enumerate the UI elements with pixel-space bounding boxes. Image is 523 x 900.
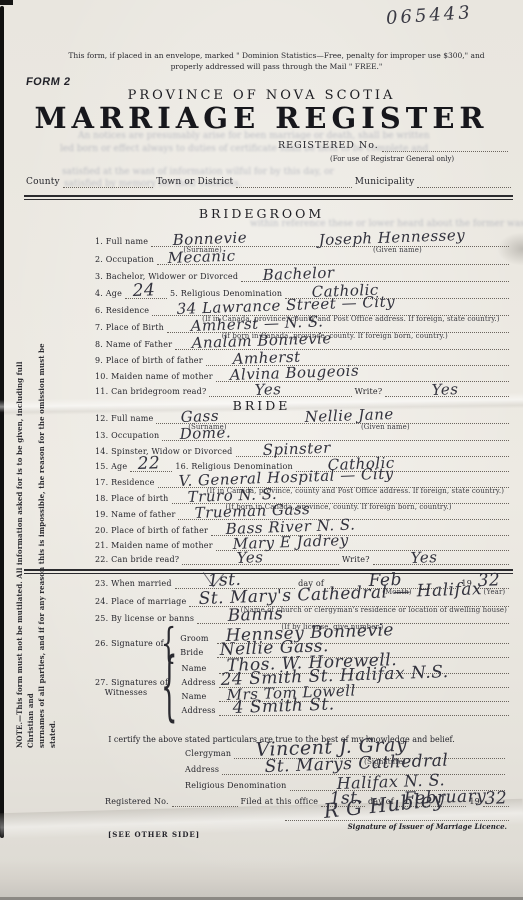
- serial-number-handwritten: 065443: [385, 2, 473, 29]
- write-label: Write?: [342, 555, 370, 565]
- name-label: Name: [182, 692, 216, 702]
- section-rule-top: [24, 195, 513, 200]
- field-label: 20. Place of birth of father: [95, 526, 208, 536]
- address-label: Address: [185, 765, 219, 775]
- field-line: Dome.: [162, 430, 509, 441]
- see-other-side: [SEE OTHER SIDE]: [108, 830, 200, 839]
- field-label: 4. Age: [95, 289, 122, 299]
- read-line: Yes: [209, 386, 351, 397]
- registered-no-row: REGISTERED No.: [278, 140, 508, 152]
- field-label: 25. By license or banns: [95, 614, 194, 624]
- handwritten-value: Yes: [237, 548, 264, 567]
- issuer-signature-row: R G Hubley: [285, 810, 509, 821]
- handwritten-value: Yes: [432, 380, 459, 399]
- field-line: Analam Bonnevie: [175, 339, 509, 350]
- signature-of-label: 26. Signature of: [95, 639, 157, 649]
- field-bg-occupation: 2. Occupation Mecanic: [95, 254, 509, 265]
- field-label: 7. Place of Birth: [95, 323, 164, 333]
- field-label: 18. Place of birth: [95, 494, 169, 504]
- registered-no-label: REGISTERED No.: [278, 140, 379, 152]
- mail-instruction-line2: properly addressed will pass through the…: [55, 61, 498, 72]
- write-line: Yes: [385, 386, 509, 397]
- field-label: 8. Name of Father: [95, 340, 172, 350]
- field-label: 12. Full name: [95, 414, 153, 424]
- mail-instruction-line1: This form, if placed in an envelope, mar…: [55, 50, 498, 61]
- bleedthrough-line: satisfied at the want of information wil…: [62, 167, 334, 177]
- field-br-read-write: 22. Can bride read? Yes Write? Yes: [95, 554, 509, 565]
- field-label: 21. Maiden name of mother: [95, 541, 213, 551]
- field-label: 3. Bachelor, Widower or Divorced: [95, 272, 238, 282]
- field-line: Bonnevie Joseph Hennessey (Surname) (Giv…: [151, 236, 509, 247]
- county-line: [63, 177, 153, 188]
- county-label: County: [26, 177, 60, 188]
- scan-bottom-band: [0, 860, 523, 900]
- registered-no-sublabel: (For use of Registrar General only): [330, 155, 454, 163]
- filed-row: Registered No. Filed at this office 1st.…: [105, 796, 509, 807]
- scan-corner-mark: [0, 0, 13, 5]
- witness2-address-row: Address 4 Smith St.: [182, 702, 509, 716]
- field-label: 6. Residence: [95, 306, 149, 316]
- form-number: FORM 2: [25, 76, 71, 88]
- field-label: 14. Spinster, Widow or Divorced: [95, 447, 233, 457]
- municipality-line: [417, 177, 511, 188]
- handwritten-value: Yes: [254, 380, 281, 399]
- field-br-mother: 21. Maiden name of mother Mary E Jadrey: [95, 540, 509, 551]
- field-label: 19. Name of father: [95, 510, 175, 520]
- clergyman-label: Clergyman: [185, 749, 231, 759]
- age-line: 22: [130, 461, 172, 472]
- witnesses-label: 27. Signatures of Witnesses: [95, 678, 157, 699]
- side-note-line1: NOTE.—This form must not be mutilated. A…: [14, 328, 36, 748]
- registered-no-bottom-line: [172, 796, 238, 807]
- bride-label: Bride: [180, 648, 214, 658]
- issuer-signature-line: R G Hubley: [285, 810, 509, 821]
- field-label: 24. Place of marriage: [95, 597, 186, 607]
- handwritten-value: 22: [137, 453, 160, 474]
- filed-year: 32: [484, 788, 507, 809]
- handwritten-value: Mecanic: [167, 247, 236, 267]
- side-note: NOTE.—This form must not be mutilated. A…: [14, 328, 58, 748]
- address-label: Address: [182, 706, 216, 716]
- field-label: 11. Can bridegroom read?: [95, 387, 206, 397]
- field-label: 9. Place of birth of father: [95, 356, 203, 366]
- field-bg-fullname: 1. Full name Bonnevie Joseph Hennessey (…: [95, 236, 509, 247]
- field-br-residence: 17. Residence V. General Hospital — City…: [95, 477, 509, 488]
- registered-no-line: [382, 141, 508, 152]
- address-label: Address: [182, 678, 216, 688]
- field-place-of-marriage: 24. Place of marriage St. Mary's Cathedr…: [95, 596, 509, 607]
- document-title: MARRIAGE REGISTER: [0, 101, 523, 135]
- witnesses-label-line2: Witnesses: [105, 688, 148, 697]
- marriage-register-document: An notices are presumably arise for been…: [0, 0, 523, 900]
- field-label: 13. Occupation: [95, 431, 159, 441]
- field-label: 10. Maiden name of mother: [95, 372, 213, 382]
- municipality-label: Municipality: [355, 177, 415, 188]
- mail-instruction: This form, if placed in an envelope, mar…: [55, 50, 498, 72]
- field-label: 23. When married: [95, 579, 172, 589]
- field-bg-father: 8. Name of Father Analam Bonnevie: [95, 339, 509, 350]
- section-rule-mid: [24, 569, 513, 574]
- field-label: 17. Residence: [95, 478, 155, 488]
- town-line: [236, 177, 351, 188]
- field-label: 22. Can bride read?: [95, 555, 179, 565]
- age-line: 24: [125, 288, 167, 299]
- field-bg-read-write: 11. Can bridegroom read? Yes Write? Yes: [95, 386, 509, 397]
- field-br-fullname: 12. Full name Gass Nellie Jane (Surname)…: [95, 413, 509, 424]
- groom-label: Groom: [180, 634, 214, 644]
- bride-heading: BRIDE: [0, 398, 523, 413]
- brace-glyph: {: [161, 645, 178, 732]
- witness2-address-line: 4 Smith St.: [219, 705, 509, 716]
- witness2-name-row: Name Mrs Tom Lowell: [182, 688, 509, 702]
- handwritten-value: 24: [132, 280, 155, 301]
- side-note-line2: surnames of all parties, and if for any …: [36, 328, 58, 748]
- witness-signature-group: 27. Signatures of Witnesses { Name Thos.…: [95, 660, 509, 716]
- field-line: 34 Lawrance Street — City (If in Canada,…: [152, 305, 509, 316]
- write-line: Yes: [373, 554, 509, 565]
- field-label: 2. Occupation: [95, 255, 154, 265]
- handwritten-value: Yes: [410, 548, 437, 567]
- handwritten-value: Bachelor: [262, 264, 334, 284]
- field-line: Gass Nellie Jane (Surname) (Given name): [156, 413, 509, 424]
- handwritten-value: Dome.: [179, 423, 231, 443]
- field-label: 1. Full name: [95, 237, 148, 247]
- field-label: 15. Age: [95, 462, 127, 472]
- read-line: Yes: [182, 554, 339, 565]
- write-label: Write?: [355, 387, 383, 397]
- locality-row: County Town or District Municipality: [26, 177, 511, 188]
- year-sublabel: (Year): [484, 588, 506, 596]
- witnesses-label-line1: 27. Signatures of: [95, 678, 168, 687]
- handwritten-value: Spinster: [262, 439, 331, 459]
- town-label: Town or District: [156, 177, 233, 188]
- filed-label: Filed at this office: [241, 797, 319, 807]
- name-label: Name: [182, 664, 216, 674]
- given-name-sublabel: (Given name): [373, 246, 422, 254]
- handwritten-value: Banns: [228, 604, 284, 626]
- issuer-sublabel: Signature of Issuer of Marriage Licence.: [285, 822, 507, 831]
- denomination-label: Religious Denomination: [185, 781, 287, 791]
- handwritten-value: Alvina Bougeois: [230, 361, 360, 384]
- filed-year-line: 32: [483, 796, 509, 807]
- witness2-address: 4 Smith St.: [232, 694, 335, 718]
- registered-no-bottom-label: Registered No.: [105, 797, 169, 807]
- field-line: Amherst — N. S. (If born in Canada, prov…: [167, 322, 509, 333]
- bridegroom-heading: BRIDEGROOM: [0, 206, 523, 221]
- field-bg-status: 3. Bachelor, Widower or Divorced Bachelo…: [95, 271, 509, 282]
